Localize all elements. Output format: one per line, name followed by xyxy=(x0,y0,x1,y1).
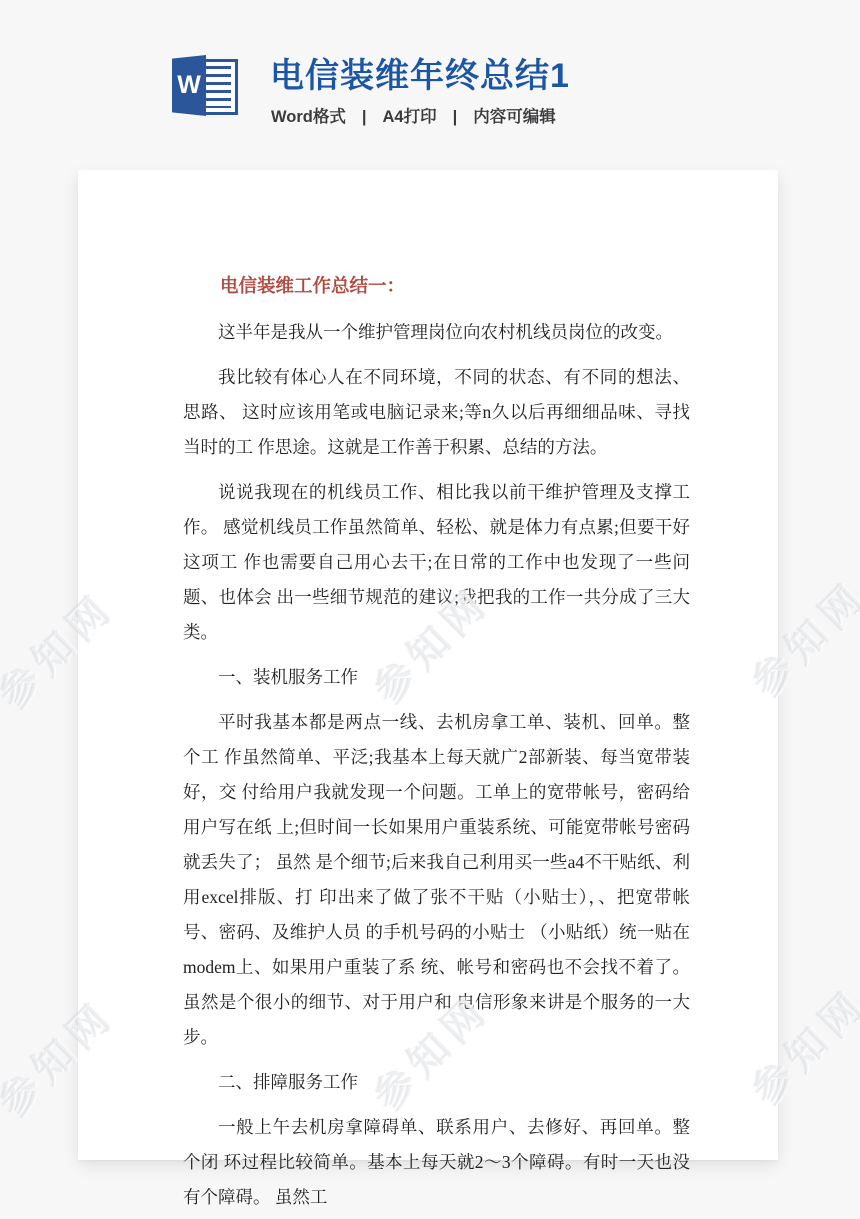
word-icon-w-panel: W xyxy=(172,55,206,116)
badge-separator: | xyxy=(362,108,367,126)
document-paragraph: 说说我现在的机线员工作、相比我以前干维护管理及支撑工作。 感觉机线员工作虽然简单… xyxy=(183,475,690,650)
document-content: 电信装维工作总结一： 这半年是我从一个维护管理岗位向农村机线员岗位的改变。我比较… xyxy=(183,270,690,1219)
badge-separator: | xyxy=(453,108,458,126)
badge-word-format: Word格式 xyxy=(271,108,346,126)
document-paragraph: 我比较有体心人在不同环境，不同的状态、有不同的想法、思路、 这时应该用笔或电脑记… xyxy=(183,360,690,465)
document-paragraph: 一、装机服务工作 xyxy=(183,660,690,695)
document-paragraph: 一般上午去机房拿障碍单、联系用户、去修好、再回单。整个闭 环过程比较简单。基本上… xyxy=(183,1110,690,1215)
page-title: 电信装维年终总结1 xyxy=(270,48,570,97)
word-icon: W xyxy=(172,55,238,117)
format-badges: Word格式|A4打印|内容可编辑 xyxy=(271,103,556,127)
document-paragraphs: 这半年是我从一个维护管理岗位向农村机线员岗位的改变。我比较有体心人在不同环境，不… xyxy=(183,315,690,1215)
word-icon-text-lines xyxy=(206,66,231,108)
document-red-heading: 电信装维工作总结一： xyxy=(183,270,690,305)
document-paragraph: 二、排障服务工作 xyxy=(183,1065,690,1100)
document-paragraph: 平时我基本都是两点一线、去机房拿工单、装机、回单。整个工 作虽然简单、平泛;我基… xyxy=(183,705,690,1055)
badge-editable: 内容可编辑 xyxy=(473,108,556,126)
document-paragraph: 这半年是我从一个维护管理岗位向农村机线员岗位的改变。 xyxy=(183,315,690,350)
badge-a4-print: A4打印 xyxy=(382,108,436,126)
document-sheet: 电信装维工作总结一： 这半年是我从一个维护管理岗位向农村机线员岗位的改变。我比较… xyxy=(78,170,778,1160)
